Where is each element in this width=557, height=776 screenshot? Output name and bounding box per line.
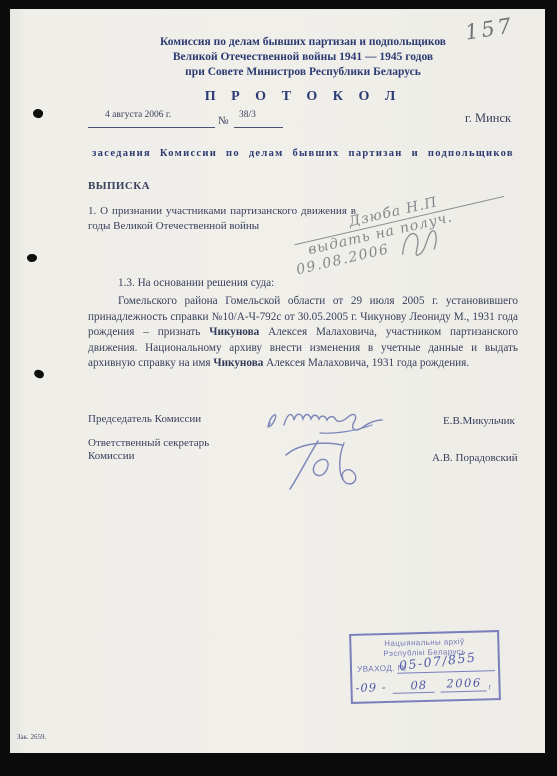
decision-surname-bold-2: Чикунова bbox=[213, 357, 263, 369]
letterhead-line-3: при Совете Министров Республики Беларусь bbox=[88, 65, 518, 80]
extract-heading: ВЫПИСКА bbox=[88, 180, 150, 192]
letterhead-line-1: Комиссия по делам бывших партизан и подп… bbox=[88, 35, 518, 50]
ink-blot-artifact bbox=[32, 108, 44, 119]
decision-body: Гомельского района Гомельской области от… bbox=[88, 294, 518, 372]
secretary-title-line-2: Комиссии bbox=[88, 450, 134, 462]
archive-incoming-stamp: Нацыянальны архіў Рэспублікі Беларусь УВ… bbox=[349, 630, 501, 704]
number-underline bbox=[234, 126, 283, 128]
protocol-date: 4 августа 2006 г. bbox=[105, 110, 171, 120]
stamp-date-month-handwritten: 08 bbox=[410, 678, 427, 692]
secretary-signature-ink-icon bbox=[280, 429, 370, 501]
chairman-name: Е.В.Микульчик bbox=[443, 415, 515, 427]
stamp-year-underline bbox=[441, 690, 487, 692]
document-title: П Р О Т О К О Л bbox=[88, 89, 518, 105]
decision-text-3: Алексея Малаховича, 1931 года рождения. bbox=[263, 357, 469, 369]
stamp-year-suffix: г bbox=[488, 682, 491, 691]
protocol-number: 38/3 bbox=[239, 110, 256, 120]
ink-blot-artifact bbox=[33, 369, 45, 380]
decision-heading: 1.3. На основании решения суда: bbox=[118, 277, 274, 289]
stamp-date-year-handwritten: 2006 bbox=[446, 676, 482, 691]
number-sign: № bbox=[218, 115, 229, 127]
letterhead-line-2: Великой Отечественной войны 1941 — 1945 … bbox=[88, 50, 518, 65]
chairman-title: Председатель Комиссии bbox=[88, 413, 201, 425]
protocol-subject: заседания Комиссии по делам бывших парти… bbox=[88, 148, 518, 159]
document-page: 157 Комиссия по делам бывших партизан и … bbox=[10, 9, 545, 753]
stamp-month-underline bbox=[393, 692, 435, 694]
stamp-date-day-handwritten: -09 - bbox=[355, 680, 386, 695]
scanned-document: { "document": { "folio_number": "157", "… bbox=[0, 0, 557, 776]
letterhead: Комиссия по делам бывших партизан и подп… bbox=[88, 35, 518, 80]
date-underline bbox=[88, 126, 215, 128]
ink-blot-artifact bbox=[26, 253, 37, 263]
secretary-title-line-1: Ответственный секретарь bbox=[88, 437, 209, 449]
decision-surname-bold-1: Чикунова bbox=[209, 326, 259, 338]
place-label: г. Минск bbox=[465, 111, 511, 126]
secretary-name: А.В. Порадовский bbox=[432, 452, 518, 464]
print-order-note: Зак. 2659. bbox=[17, 733, 46, 741]
